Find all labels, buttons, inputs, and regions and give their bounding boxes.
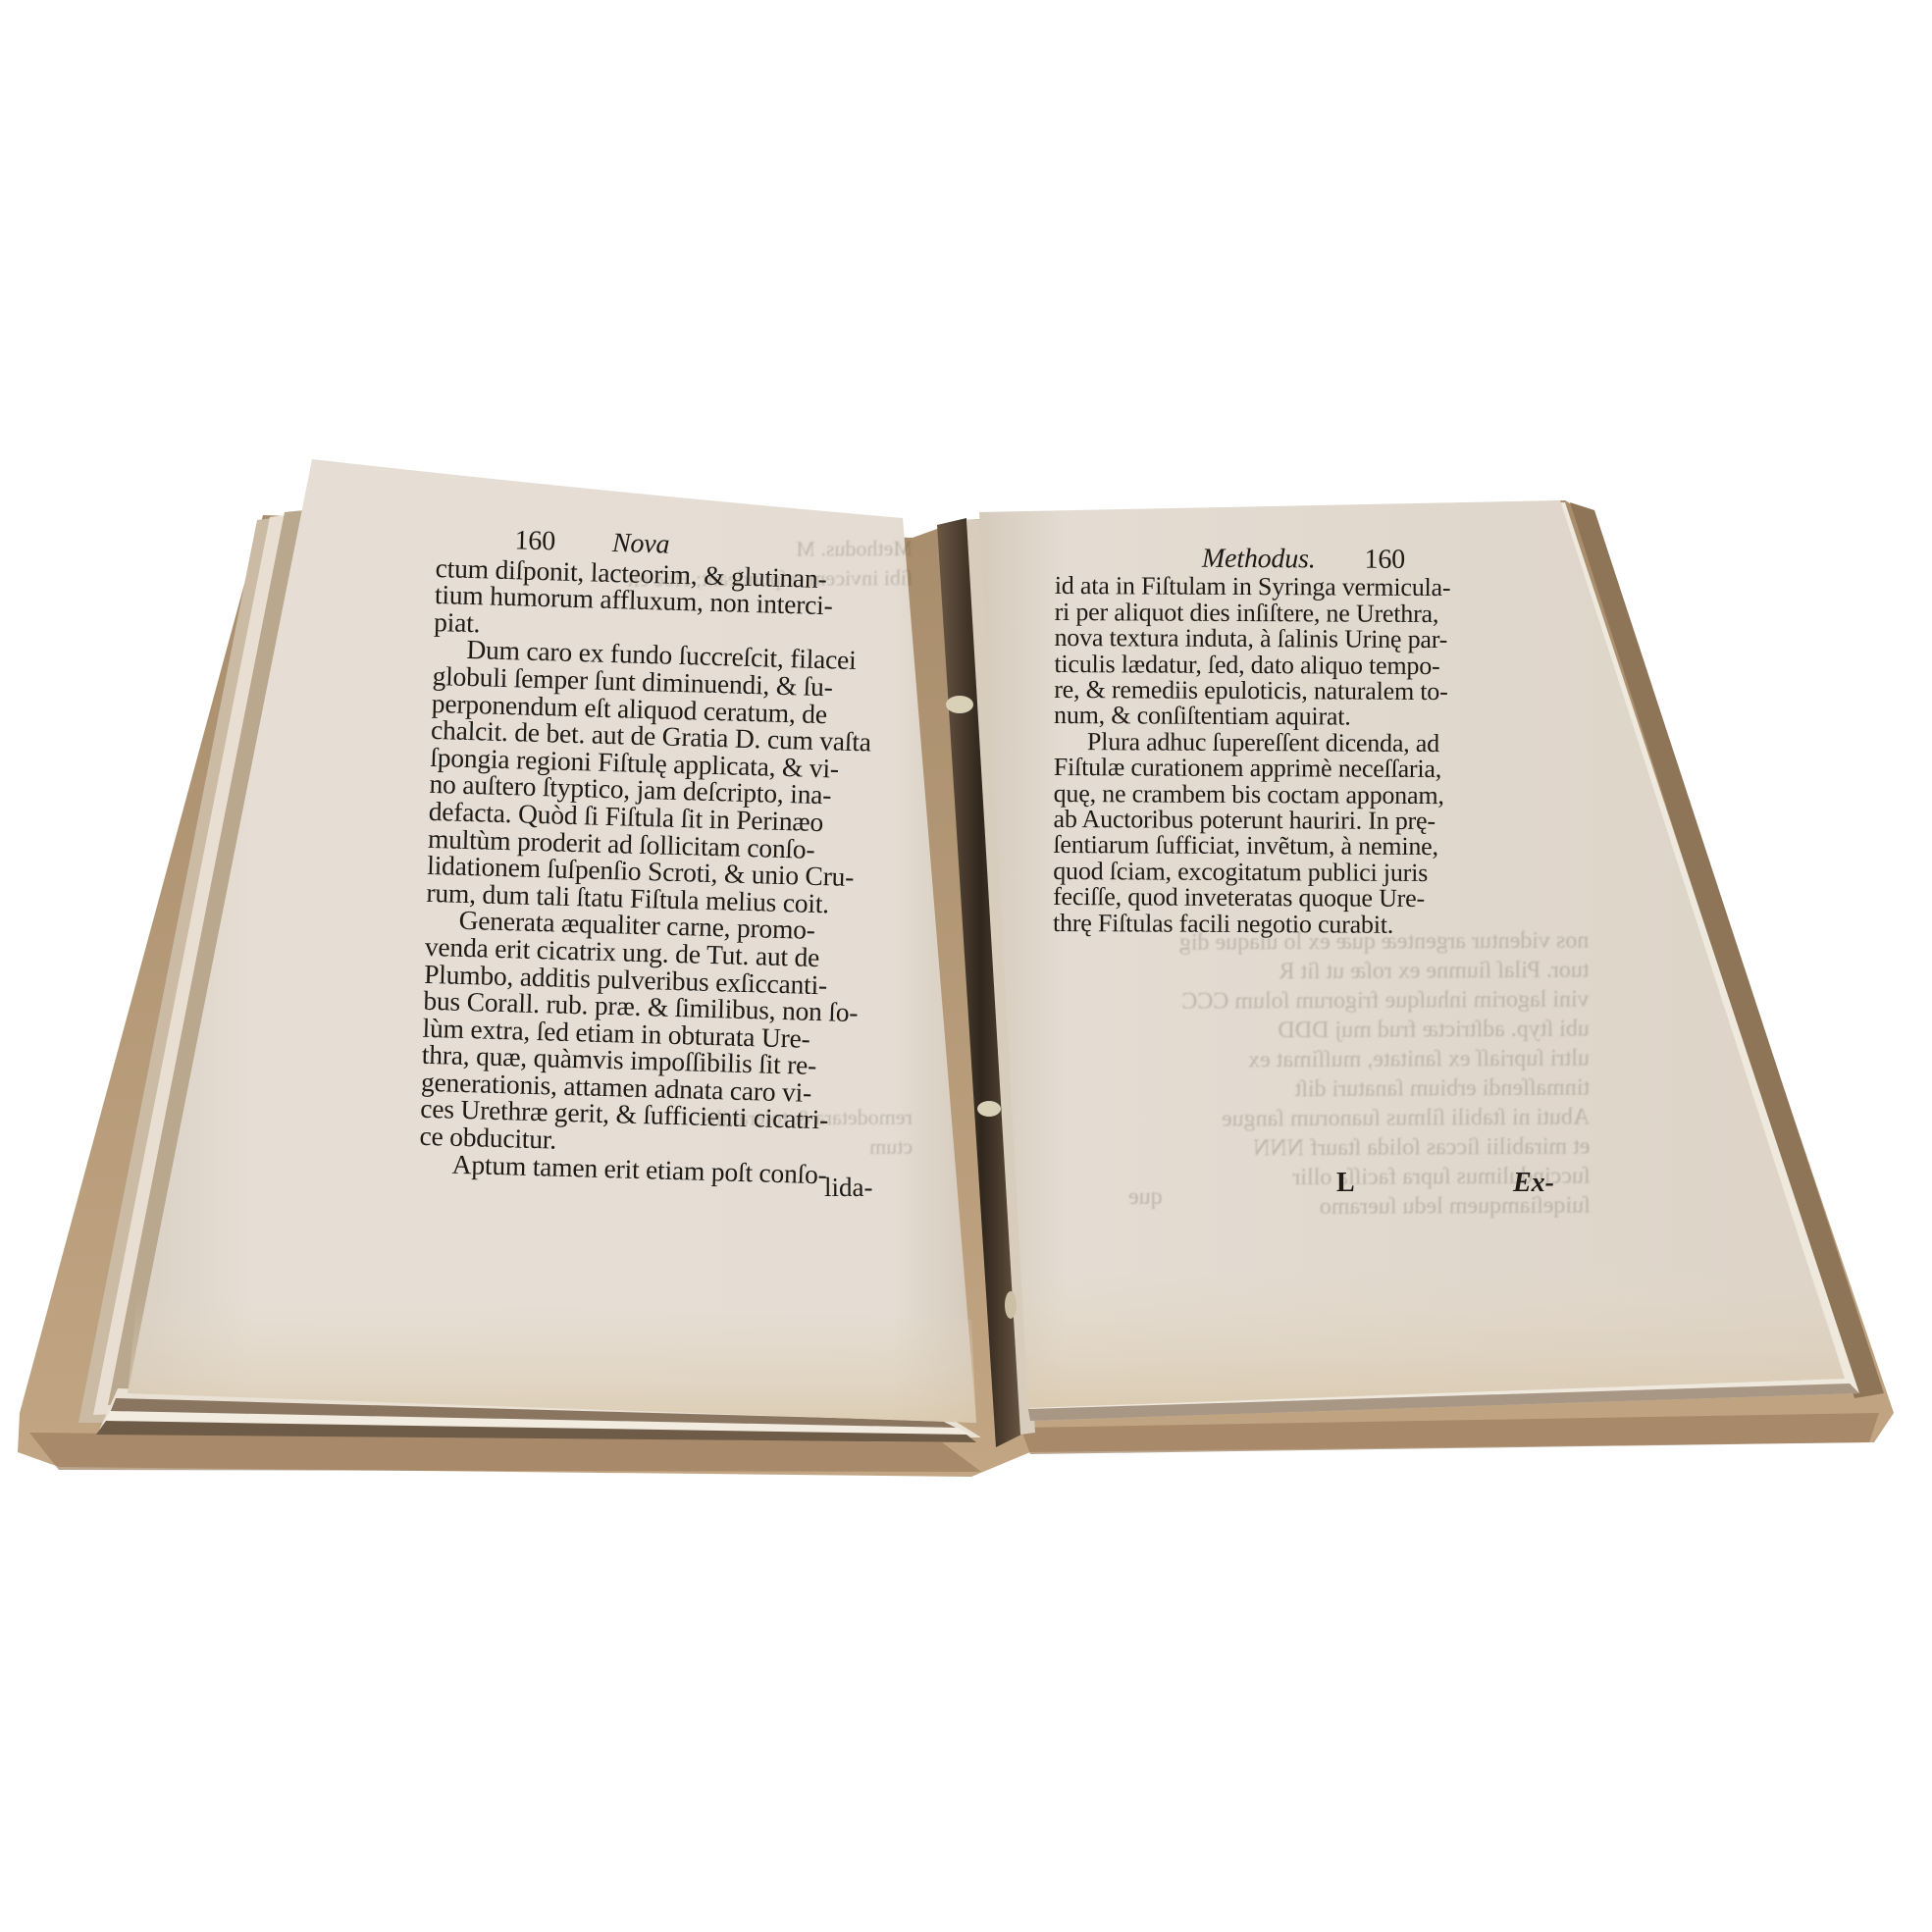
page-number: 160: [1364, 548, 1405, 574]
open-book-illustration: [0, 0, 1932, 1932]
show-through-footer: que: [1128, 1182, 1163, 1212]
signature-mark: L: [1336, 1168, 1355, 1199]
binding-cord: [977, 1101, 1001, 1117]
binding-cord: [946, 696, 973, 713]
text-line: thrę Fiſtulas facili negotio curabit.: [1053, 911, 1563, 939]
running-title: Nova: [612, 530, 670, 558]
right-running-head: Methodus. 160: [1055, 546, 1565, 574]
right-page-text: Methodus. 160 id ata in Fiſtulam in Syri…: [1053, 546, 1565, 939]
page-number: 160: [514, 527, 555, 555]
left-catchword: lida-: [824, 1173, 872, 1203]
running-title: Methodus.: [1202, 547, 1316, 573]
right-catchword: Ex-: [1513, 1168, 1554, 1199]
left-page-text: 160 Nova ctum diſponit, lacteorim, & glu…: [418, 525, 916, 1190]
book-photo-scene: nos videntur argenteæ quæ ex lo ulaque d…: [0, 0, 1932, 1932]
